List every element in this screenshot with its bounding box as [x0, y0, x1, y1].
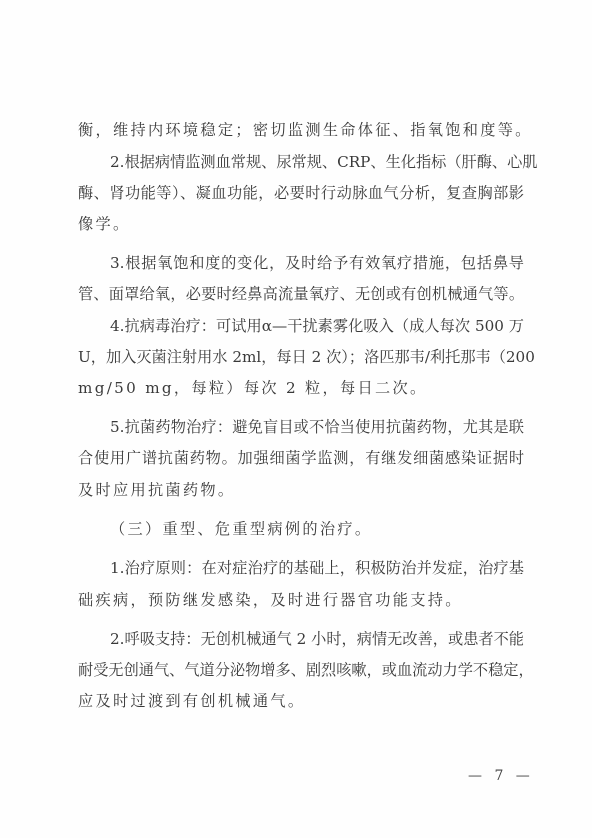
text-line: 管、面罩给氧，必要时经鼻高流量氧疗、无创或有创机械通气等。: [78, 284, 524, 304]
text-line: 5.抗菌药物治疗：避免盲目或不恰当使用抗菌药物，尤其是联: [110, 417, 524, 437]
text-line: 2.呼吸支持：无创机械通气 2 小时，病情无改善，或患者不能: [110, 629, 524, 649]
text-line: 像学。: [78, 214, 524, 234]
text-line: U，加入灭菌注射用水 2ml，每日 2 次）；洛匹那韦/利托那韦（200: [78, 347, 524, 367]
text-line: 合使用广谱抗菌药物。加强细菌学监测，有继发细菌感染证据时: [78, 448, 524, 468]
text-line: 1.治疗原则：在对症治疗的基础上，积极防治并发症，治疗基: [110, 558, 524, 578]
text-line: 及时应用抗菌药物。: [78, 480, 524, 500]
text-line: 应及时过渡到有创机械通气。: [78, 691, 524, 711]
text-line: 耐受无创通气、气道分泌物增多、剧烈咳嗽，或血流动力学不稳定，: [78, 660, 524, 680]
text-line: mg/50 mg，每粒）每次 2 粒，每日二次。: [78, 378, 524, 398]
text-line: 础疾病，预防继发感染，及时进行器官功能支持。: [78, 590, 524, 610]
text-line: 衡，维持内环境稳定；密切监测生命体征、指氧饱和度等。: [78, 120, 524, 140]
text-line: 2.根据病情监测血常规、尿常规、CRP、生化指标（肝酶、心肌: [110, 152, 524, 172]
text-line: 3.根据氧饱和度的变化，及时给予有效氧疗措施，包括鼻导: [110, 253, 524, 273]
text-line: （三）重型、危重型病例的治疗。: [110, 519, 524, 539]
text-line: 酶、肾功能等）、凝血功能，必要时行动脉血气分析，复查胸部影: [78, 183, 524, 203]
page-number: — 7 —: [468, 768, 534, 784]
document-page: 衡，维持内环境稳定；密切监测生命体征、指氧饱和度等。2.根据病情监测血常规、尿常…: [0, 0, 592, 838]
text-line: 4.抗病毒治疗：可试用α—干扰素雾化吸入（成人每次 500 万: [110, 316, 524, 336]
